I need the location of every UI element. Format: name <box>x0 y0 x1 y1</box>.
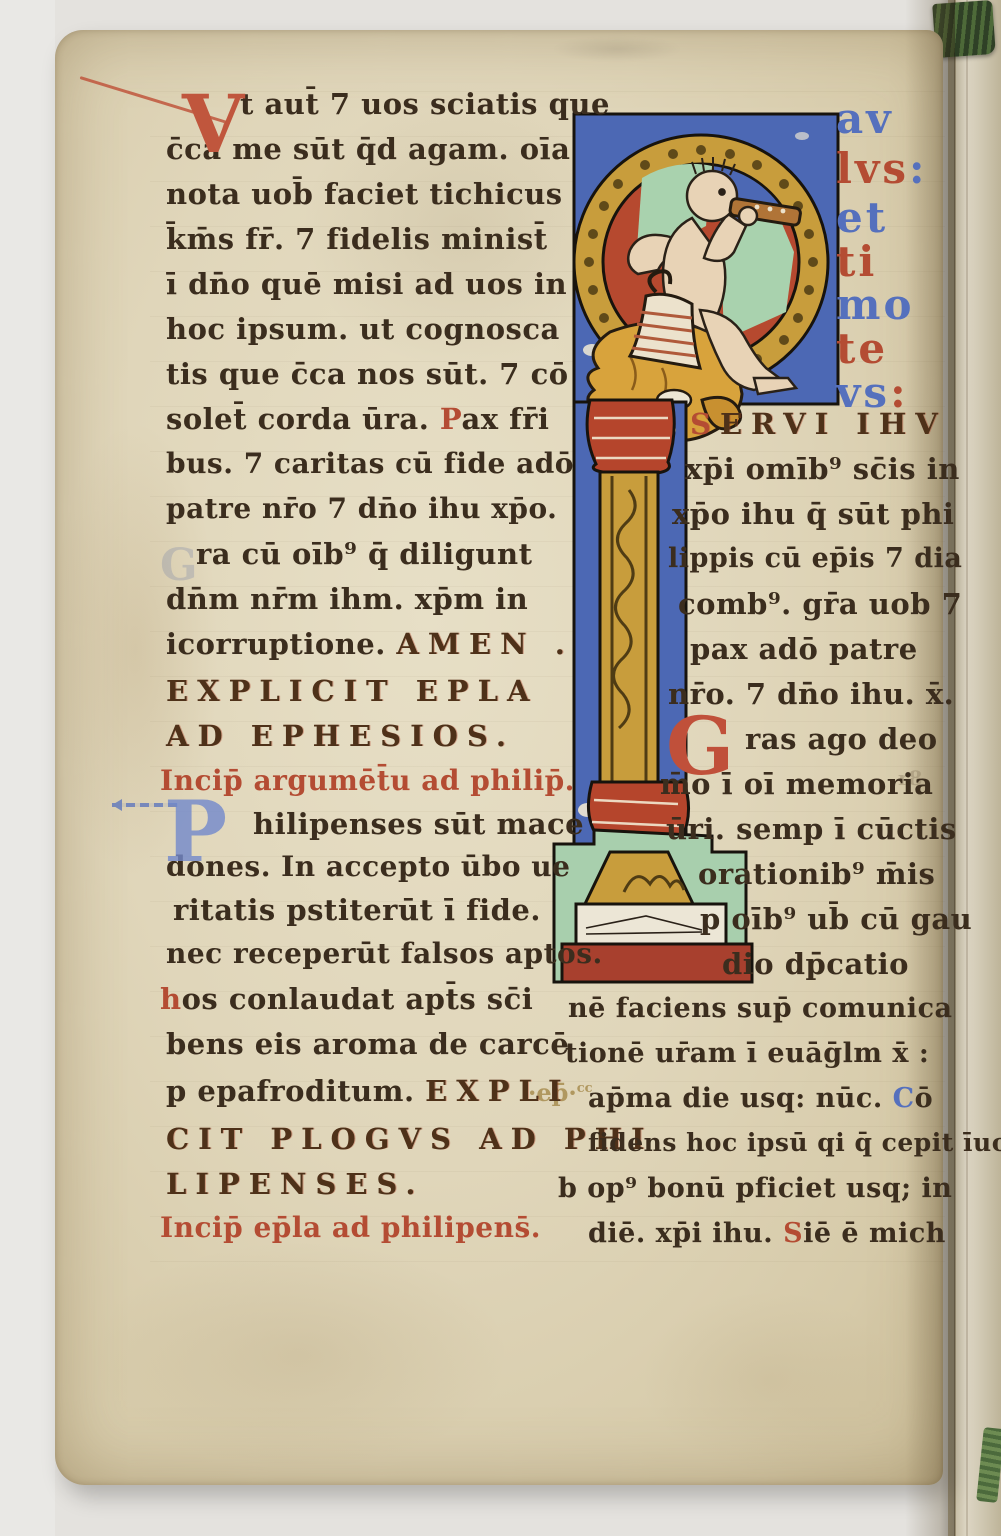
page-edge-line <box>966 0 968 1536</box>
text-segment-ink: bus. 7 caritas cū fide adō <box>166 447 574 480</box>
faded-inscription <box>552 36 682 62</box>
left-column-text-line: nec receperūt falsos aptos. <box>166 940 603 968</box>
text-segment-ink: comb⁹. gr̄a uob 7 <box>678 587 962 621</box>
display-letter: te <box>836 324 888 373</box>
left-column-text-line: t aut̄ 7 uos sciatis que <box>240 90 610 119</box>
right-column-text-line: fidens hoc ipsū qi q̄ cepit īuo <box>588 1130 1001 1155</box>
text-segment-caps: ERVI IHV <box>720 407 947 441</box>
text-segment-caps: EXPLI <box>425 1074 570 1108</box>
left-column-text-line: bus. 7 caritas cū fide adō <box>166 450 574 478</box>
left-column-text-line: dn̄m nr̄m ihm. xp̄m in <box>166 585 528 614</box>
right-column-text-line: orationib⁹ m̄is <box>698 860 935 889</box>
text-segment-ink: b op⁹ bonū pficiet usq; in <box>558 1173 952 1204</box>
left-column-text-line: hilipenses sūt mace <box>253 810 584 839</box>
left-column-text-line: p epafroditum. EXPLI <box>166 1077 571 1106</box>
text-segment-ink: p epafroditum. <box>166 1074 425 1108</box>
left-column-text-line: patre nr̄o 7 dn̄o ihu xp̄o. <box>166 495 557 523</box>
right-column-text-line: b op⁹ bonū pficiet usq; in <box>558 1175 952 1202</box>
right-column-text-line: p oīb⁹ ub̄ cū gau <box>700 905 972 934</box>
text-segment-red: h <box>160 982 182 1016</box>
right-column-text-line: ras ago deo <box>745 725 938 754</box>
right-column-text-line: comb⁹. gr̄a uob 7 <box>678 590 962 619</box>
right-column-text-line: nē faciens sup̄ comunica <box>568 995 953 1022</box>
display-letter: lvs: <box>836 144 928 193</box>
text-segment-ink: bens eis aroma de carcē <box>166 1027 569 1061</box>
text-segment-ink: ra cū oīb⁹ q̄ diligunt <box>196 537 532 571</box>
display-letter-punctus: : <box>909 144 928 193</box>
text-segment-caps: LIPENSES. <box>166 1167 424 1201</box>
text-segment-ink: ras ago deo <box>745 722 938 756</box>
drop-cap-P-blue: P <box>164 794 227 870</box>
right-column-text-line: lippis cū ep̄is 7 dia <box>668 545 962 572</box>
text-segment-ink: ap̄ma die usq: nūc. <box>588 1083 893 1114</box>
text-segment-ink: nē faciens sup̄ comunica <box>568 993 953 1024</box>
text-segment-ink: t aut̄ 7 uos sciatis que <box>240 87 610 121</box>
text-segment-red: Incip̄ ep̄la ad philipens̄. <box>160 1211 541 1244</box>
text-segment-ink: nec receperūt falsos aptos. <box>166 937 603 970</box>
left-column-text-line: LIPENSES. <box>166 1170 424 1199</box>
text-segment-ink: dn̄m nr̄m ihm. xp̄m in <box>166 582 528 616</box>
left-column-text-line: ī dn̄o quē misi ad uos in <box>166 270 567 299</box>
text-segment-ink: ī dn̄o quē misi ad uos in <box>166 267 567 301</box>
text-segment-ink: nota uob̄ faciet tichicus <box>166 177 563 211</box>
text-segment-ink: hilipenses sūt mace <box>253 807 584 841</box>
display-letter: et <box>836 193 888 242</box>
text-segment-ink: hoc ipsum. ut cognosca <box>166 312 560 346</box>
left-column-text-line: icorruptione. AMEN . <box>166 630 574 659</box>
text-segment-ink: orationib⁹ m̄is <box>698 857 935 891</box>
right-column-text-line: tionē ur̄am ī euāḡlm x̄ : <box>565 1040 929 1067</box>
left-column-text-line: ra cū oīb⁹ q̄ diligunt <box>196 540 532 569</box>
text-segment-ink: diē. xp̄i ihu. <box>588 1218 783 1249</box>
right-column-text-line: xp̄i omīb⁹ sc̄is in <box>685 455 960 484</box>
text-segment-ink: tis que c̄ca nos sūt. 7 cō <box>166 357 569 391</box>
left-column-text-line: tis que c̄ca nos sūt. 7 cō <box>166 360 569 389</box>
text-segment-ink: fidens hoc ipsū qi q̄ cepit īuo <box>588 1128 1001 1157</box>
text-segment-ink: xp̄o ihu q̄ sūt phi <box>672 497 954 531</box>
text-segment-ink: tionē ur̄am ī euāḡlm x̄ : <box>565 1038 929 1069</box>
right-column-text-line: ap̄ma die usq: nūc. Cō <box>588 1085 933 1112</box>
drop-cap-G-red: G <box>666 710 734 782</box>
drop-cap-V-red: V <box>182 88 244 160</box>
left-column-text-line: AD EPHESIOS. <box>166 722 515 751</box>
text-segment-red: P <box>440 402 462 436</box>
left-column-text-line: solet̄ corda ūra. Pax fr̄i <box>166 405 549 434</box>
text-segment-ink: k̄m̄s fr̄. 7 fidelis minist̄ <box>166 222 548 256</box>
text-segment-ink: patre nr̄o 7 dn̄o ihu xp̄o. <box>166 492 557 525</box>
right-column-text-line: diē. xp̄i ihu. Siē ē mich <box>588 1220 946 1247</box>
text-segment-ink: xp̄i omīb⁹ sc̄is in <box>685 452 960 486</box>
manuscript-scan: G ·ep̄·cc r8 <box>0 0 1001 1536</box>
right-column-text-line: dio dp̄catio <box>722 950 909 979</box>
right-column-text-line: ūri. semp ī cūctis <box>666 815 957 844</box>
text-segment-red: S <box>783 1218 803 1249</box>
right-column-text-line: pax adō patre <box>690 635 918 664</box>
display-letter: ti <box>836 237 877 286</box>
left-column-text-line: hoc ipsum. ut cognosca <box>166 315 560 344</box>
display-letter-punctus: : <box>890 368 909 417</box>
text-segment-ink: ūri. semp ī cūctis <box>666 812 957 846</box>
right-column-text-line: xp̄o ihu q̄ sūt phi <box>672 500 954 529</box>
text-segment-ink: dio dp̄catio <box>722 947 909 981</box>
text-segment-ink: os conlaudat apt̄s sc̄i <box>182 982 534 1016</box>
text-segment-ink: lippis cū ep̄is 7 dia <box>668 543 962 574</box>
facing-page-edge <box>948 0 1001 1536</box>
text-segment-ink: ō <box>915 1083 934 1114</box>
text-segment-ink: iē ē mich <box>803 1218 946 1249</box>
display-letter: mo <box>836 280 914 329</box>
left-column-text-line: CIT PLOGVS AD PHI <box>166 1125 654 1154</box>
display-letter: vs: <box>836 368 909 417</box>
text-segment-red: S <box>690 407 720 441</box>
left-column-text-line: bens eis aroma de carcē <box>166 1030 569 1059</box>
text-segment-caps: CIT PLOGVS AD PHI <box>166 1122 654 1156</box>
display-letter: av <box>836 94 894 143</box>
pipe-hand <box>739 207 757 225</box>
text-segment-blue: C <box>893 1083 915 1114</box>
left-column-text-line: Incip̄ ep̄la ad philipens̄. <box>160 1214 541 1242</box>
text-segment-ink: ax fr̄i <box>461 402 549 436</box>
text-segment-ink: icorruptione. <box>166 627 396 661</box>
left-column-text-line: nota uob̄ faciet tichicus <box>166 180 563 209</box>
left-column-text-line: hos conlaudat apt̄s sc̄i <box>160 985 533 1014</box>
text-segment-caps: EXPLICIT EPLA <box>166 674 539 708</box>
left-column-text-line: k̄m̄s fr̄. 7 fidelis minist̄ <box>166 225 548 254</box>
text-segment-caps: AMEN . <box>396 627 573 661</box>
left-column-text-line: ritatis pstiterūt ī fide. <box>173 896 541 925</box>
text-segment-ink: p oīb⁹ ub̄ cū gau <box>700 902 972 936</box>
text-segment-ink: ritatis pstiterūt ī fide. <box>173 893 541 927</box>
text-segment-ink: pax adō patre <box>690 632 918 666</box>
left-column-text-line: EXPLICIT EPLA <box>166 677 539 706</box>
text-segment-ink: solet̄ corda ūra. <box>166 402 440 436</box>
text-segment-caps: AD EPHESIOS. <box>166 719 515 753</box>
